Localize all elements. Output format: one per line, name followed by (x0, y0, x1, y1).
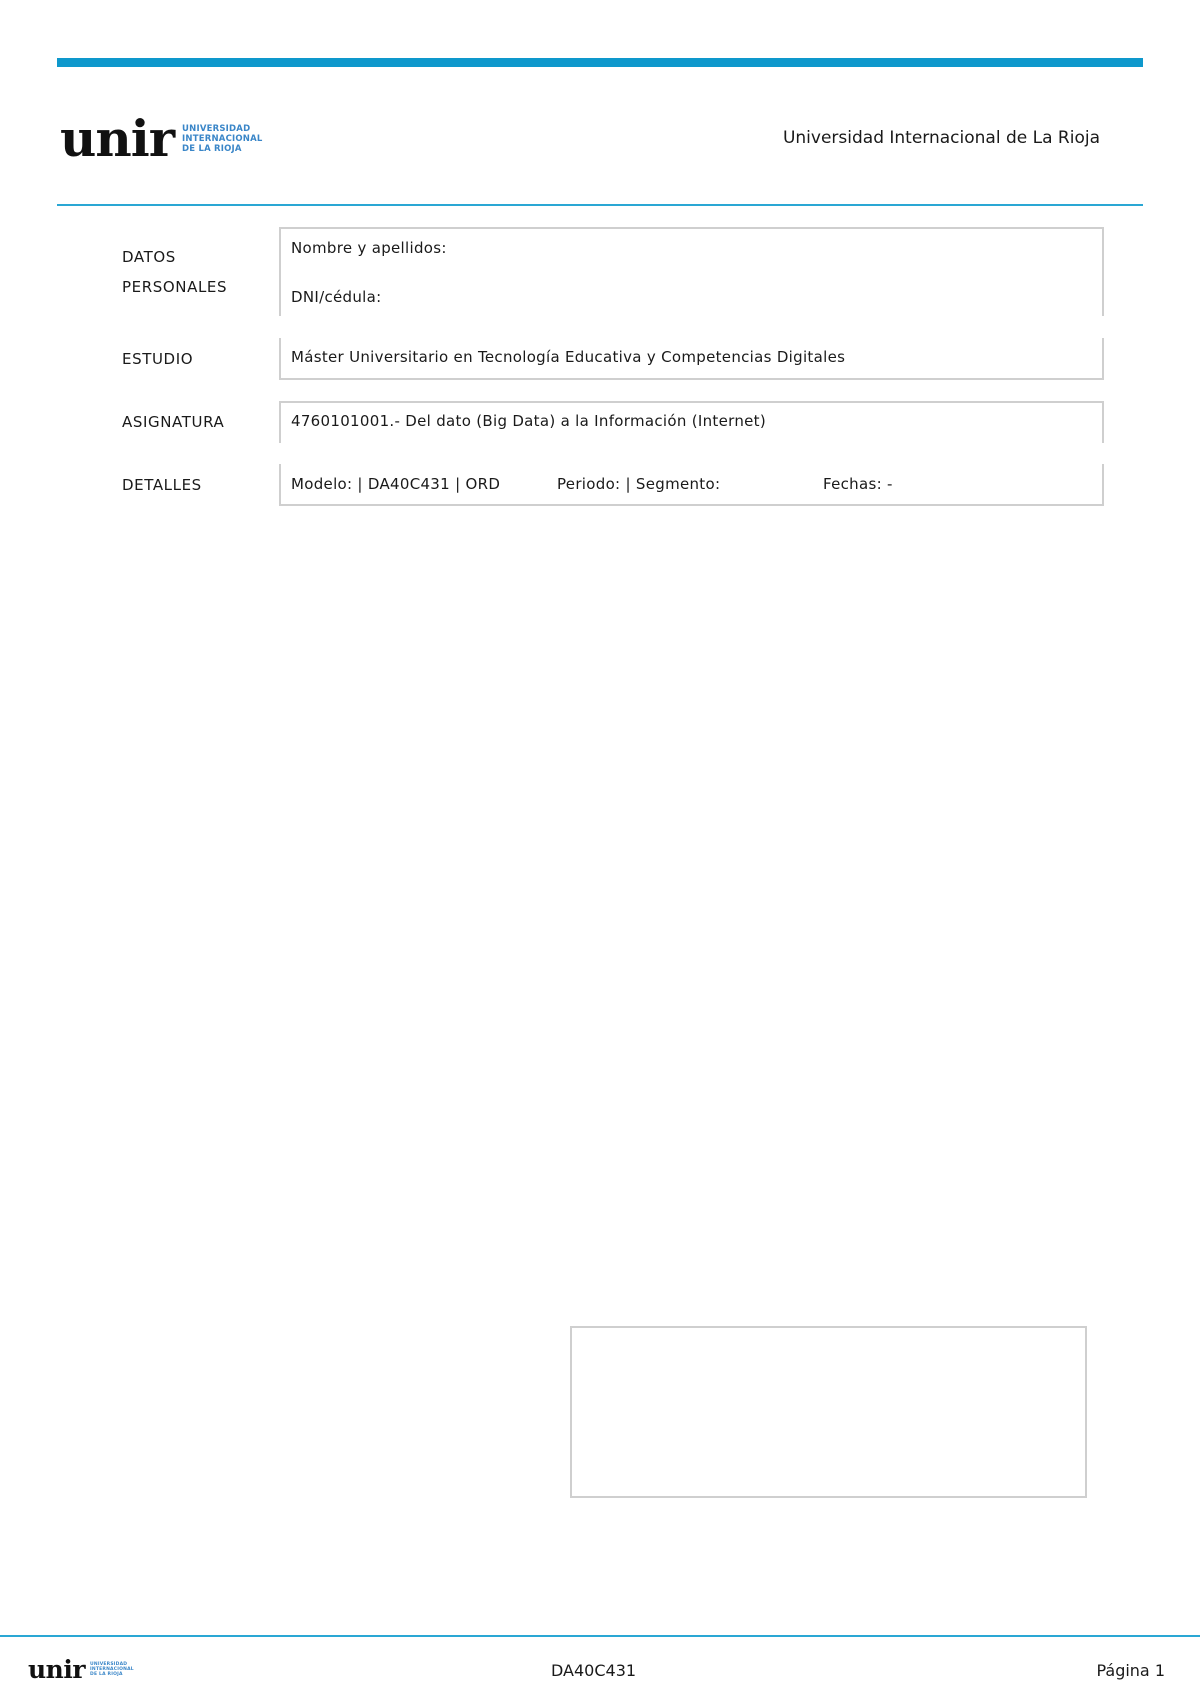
label-estudio: ESTUDIO (122, 344, 193, 374)
detalles-periodo: Periodo: | Segmento: (557, 475, 720, 493)
label-detalles: DETALLES (122, 470, 202, 500)
footer-logo-subtitle: Universidad Internacional de La Rioja (90, 1662, 134, 1677)
detalles-modelo: Modelo: | DA40C431 | ORD (291, 475, 500, 493)
label-line: PERSONALES (122, 272, 227, 302)
asignatura-box: 4760101001.- Del dato (Big Data) a la In… (279, 401, 1104, 443)
logo-subtitle-line: de La Rioja (90, 1672, 134, 1677)
label-line: DATOS (122, 242, 227, 272)
detalles-box: Modelo: | DA40C431 | ORD Periodo: | Segm… (279, 464, 1104, 506)
logo-subtitle: Universidad Internacional de La Rioja (182, 124, 262, 154)
id-field-label: DNI/cédula: (291, 288, 381, 306)
logo-wordmark: unir (60, 114, 174, 164)
label-asignatura: ASIGNATURA (122, 407, 224, 437)
footer-document-code: DA40C431 (551, 1661, 636, 1680)
logo-subtitle-line: Universidad (182, 124, 262, 134)
logo-subtitle-line: de La Rioja (182, 144, 262, 154)
detalles-fechas: Fechas: - (823, 475, 893, 493)
header-accent-bar (57, 58, 1143, 67)
asignatura-value: 4760101001.- Del dato (Big Data) a la In… (291, 412, 766, 430)
footer-divider (0, 1635, 1200, 1637)
unir-logo: unir Universidad Internacional de La Rio… (60, 114, 263, 164)
label-datos-personales: DATOS PERSONALES (122, 242, 227, 302)
name-field-label: Nombre y apellidos: (291, 239, 447, 257)
estudio-box: Máster Universitario en Tecnología Educa… (279, 338, 1104, 380)
university-name: Universidad Internacional de La Rioja (783, 128, 1100, 148)
signature-box (570, 1326, 1087, 1498)
footer-page-number: Página 1 (1096, 1661, 1165, 1680)
logo-subtitle-line: Internacional (182, 134, 262, 144)
footer-unir-logo: unir Universidad Internacional de La Rio… (28, 1657, 134, 1682)
header-divider (57, 204, 1143, 206)
footer-logo-wordmark: unir (28, 1657, 85, 1682)
personal-data-box: Nombre y apellidos: DNI/cédula: (279, 227, 1104, 316)
estudio-value: Máster Universitario en Tecnología Educa… (291, 348, 845, 366)
